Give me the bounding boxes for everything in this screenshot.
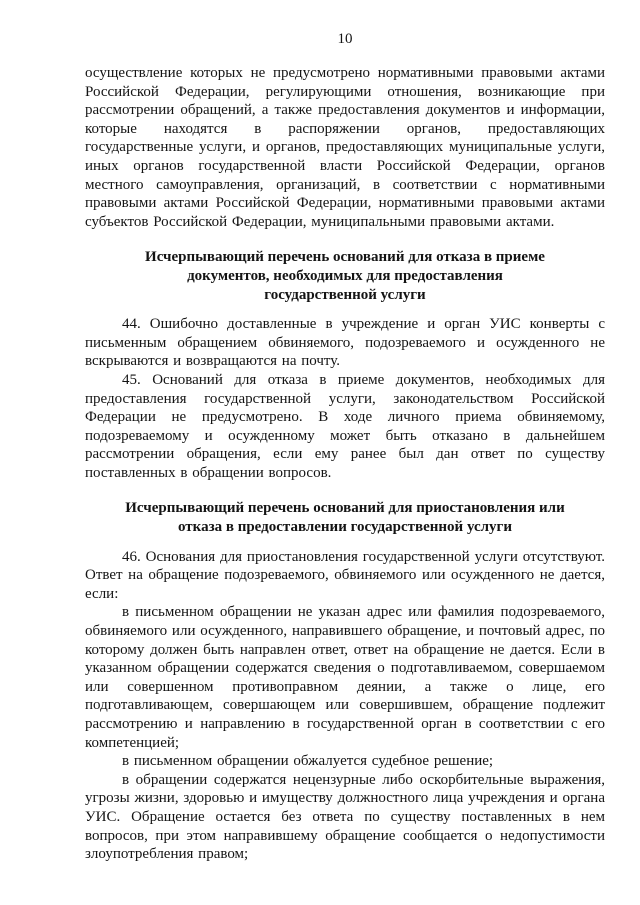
heading-line: документов, необходимых для предоставлен… <box>85 267 605 286</box>
document-page: 10 осуществление которых не предусмотрен… <box>0 0 640 905</box>
paragraph-44: 44. Ошибочно доставленные в учреждение и… <box>85 315 605 371</box>
subparagraph-offensive-language: в обращении содержатся нецензурные либо … <box>85 771 605 864</box>
heading-line: государственной услуги <box>85 286 605 305</box>
paragraph-continuation: осуществление которых не предусмотрено н… <box>85 64 605 231</box>
heading-line: отказа в предоставлении государственной … <box>85 518 605 537</box>
paragraph-45: 45. Оснований для отказа в приеме докуме… <box>85 371 605 483</box>
heading-suspension-or-refusal: Исчерпывающий перечень оснований для при… <box>85 499 605 536</box>
paragraph-46: 46. Основания для приостановления госуда… <box>85 548 605 604</box>
page-number: 10 <box>85 30 605 48</box>
subparagraph-no-address: в письменном обращении не указан адрес и… <box>85 603 605 752</box>
heading-line: Исчерпывающий перечень оснований для отк… <box>85 248 605 267</box>
subparagraph-court-decision: в письменном обращении обжалуется судебн… <box>85 752 605 771</box>
heading-line: Исчерпывающий перечень оснований для при… <box>85 499 605 518</box>
heading-refusal-in-documents: Исчерпывающий перечень оснований для отк… <box>85 248 605 304</box>
